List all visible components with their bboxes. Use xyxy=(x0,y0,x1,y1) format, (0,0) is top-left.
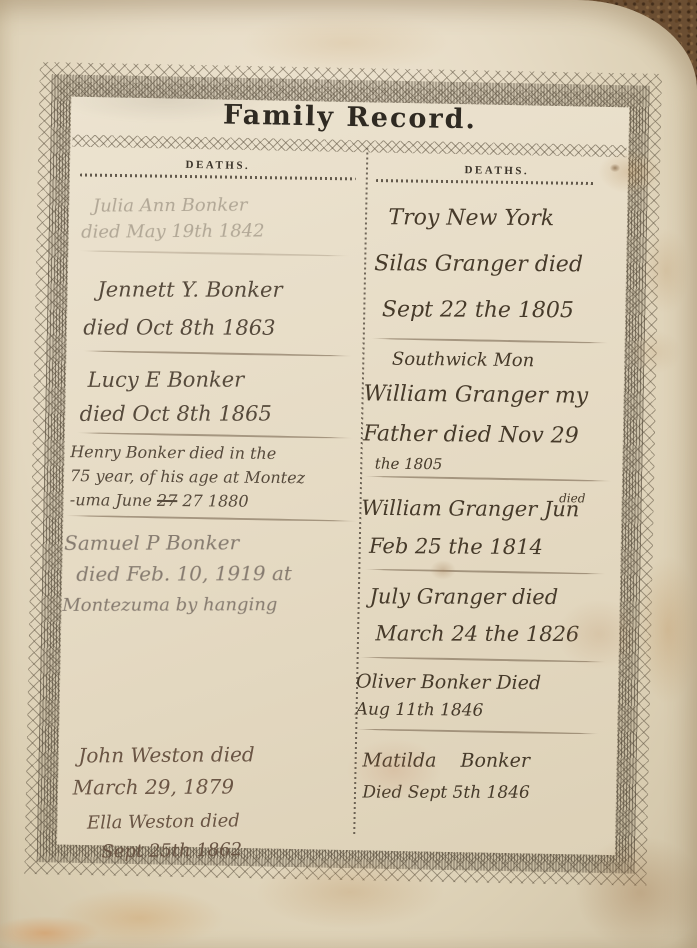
deaths-column-right: DEATHS. Troy New York Silas Granger died… xyxy=(354,152,629,811)
entry-line-segment: William Granger Jun xyxy=(361,496,579,522)
entry-line: William Granger my xyxy=(363,374,624,417)
page-content: Family Record. DEATHS. Julia Ann Bonker xyxy=(57,97,629,856)
entry-line: died Feb. 10, 1919 at xyxy=(76,558,358,590)
interlinear-note: died xyxy=(559,479,586,517)
entry-william-granger-sr: Southwick Mon William Granger my Father … xyxy=(362,344,624,475)
entry-line: Feb 25 the 1814 xyxy=(369,527,622,567)
stain xyxy=(240,12,450,74)
crossed-out-text: 27 xyxy=(157,491,178,510)
entry-line: Sept 25th 1862 xyxy=(101,834,353,867)
entry-line: Lucy E Bonker xyxy=(88,362,362,396)
entry-line: Matilda Bonker xyxy=(362,745,616,777)
entry-separator xyxy=(358,656,606,663)
entry-line: Father died Nov 29 xyxy=(363,414,624,457)
entry-line: Southwick Mon xyxy=(392,345,625,377)
ornate-border-frame: Family Record. DEATHS. Julia Ann Bonker xyxy=(24,62,661,886)
entry-line: Aug 11th 1846 xyxy=(355,696,617,726)
border-hatch-band: Family Record. DEATHS. Julia Ann Bonker xyxy=(37,74,650,873)
entry-henry-bonker: Henry Bonker died in the 75 year, of his… xyxy=(70,440,360,515)
entry-line: Jennett Y. Bonker xyxy=(97,270,363,308)
entry-line: Sept 22 the 1805 xyxy=(382,287,626,334)
deaths-header-rule-left xyxy=(80,174,356,181)
entry-line-segment: 27 1880 xyxy=(177,491,248,511)
book-page: Family Record. DEATHS. Julia Ann Bonker xyxy=(0,0,697,948)
entry-line: March 24 the 1826 xyxy=(375,615,619,653)
border-outer-lattice: Family Record. DEATHS. Julia Ann Bonker xyxy=(24,62,661,886)
entry-line: July Granger died xyxy=(369,578,619,616)
deaths-header-rule-right xyxy=(376,179,594,185)
entry-line: John Weston died xyxy=(78,738,354,772)
entry-line: Henry Bonker died in the xyxy=(70,440,360,467)
entry-line: the 1805 xyxy=(374,455,622,476)
entry-line: died Oct 8th 1865 xyxy=(80,396,362,430)
entry-line: Ella Weston died xyxy=(87,805,353,838)
page-title: Family Record. xyxy=(71,97,629,139)
entry-line: Oliver Bonker Died xyxy=(356,668,618,698)
entry-line: Samuel P Bonker xyxy=(64,527,358,559)
entry-line: Silas Granger died xyxy=(374,241,626,288)
entry-john-weston: John Weston died March 29, 1879 xyxy=(78,738,354,804)
entry-line: Montezuma by hanging xyxy=(62,589,358,621)
entry-ella-weston: Ella Weston died Sept 25th 1862 xyxy=(87,805,354,867)
entry-separator xyxy=(355,728,599,735)
entry-line: Died Sept 5th 1846 xyxy=(362,777,616,809)
deaths-header-left: DEATHS. xyxy=(70,157,366,175)
entry-silas-granger: Troy New York Silas Granger died Sept 22… xyxy=(374,195,627,334)
entry-line: March 29, 1879 xyxy=(72,770,354,804)
border-inner-lattice: Family Record. DEATHS. Julia Ann Bonker xyxy=(44,81,643,866)
entry-line: Julia Ann Bonker xyxy=(93,192,365,220)
entry-william-granger-jr: William Granger Jundied Feb 25 the 1814 xyxy=(361,489,622,567)
entry-line: Troy New York xyxy=(388,195,626,242)
photo-background-carpet: Family Record. DEATHS. Julia Ann Bonker xyxy=(0,0,697,948)
entry-separator xyxy=(77,432,353,439)
entry-line: died May 19th 1842 xyxy=(81,218,365,246)
entry-line: died Oct 8th 1863 xyxy=(83,308,363,346)
entry-jennett-bonker: Jennett Y. Bonker died Oct 8th 1863 xyxy=(97,270,363,346)
entry-separator xyxy=(78,250,350,257)
entry-line: -uma June 27 27 1880 xyxy=(70,488,360,515)
stain xyxy=(55,888,225,948)
entry-matilda-bonker: Matilda Bonker Died Sept 5th 1846 xyxy=(362,745,616,809)
entry-separator xyxy=(370,337,608,344)
entry-separator xyxy=(82,350,352,357)
entry-july-granger: July Granger died March 24 the 1826 xyxy=(369,578,620,653)
deaths-column-left: DEATHS. Julia Ann Bonker died May 19th 1… xyxy=(57,147,366,868)
stain xyxy=(0,916,100,948)
entry-julia-ann-bonker: Julia Ann Bonker died May 19th 1842 xyxy=(93,192,365,246)
entry-samuel-bonker: Samuel P Bonker died Feb. 10, 1919 at Mo… xyxy=(64,527,358,621)
entry-separator xyxy=(65,515,357,523)
deaths-header-right: DEATHS. xyxy=(366,162,628,179)
entry-lucy-bonker: Lucy E Bonker died Oct 8th 1865 xyxy=(88,362,362,430)
entry-separator xyxy=(364,568,606,575)
entry-line-segment: -uma June xyxy=(70,490,157,510)
record-columns: DEATHS. Julia Ann Bonker died May 19th 1… xyxy=(57,147,628,844)
entry-line: 75 year, of his age at Montez xyxy=(70,464,360,491)
entry-oliver-bonker: Oliver Bonker Died Aug 11th 1846 xyxy=(355,668,618,726)
entry-line: William Granger Jundied xyxy=(361,489,579,529)
